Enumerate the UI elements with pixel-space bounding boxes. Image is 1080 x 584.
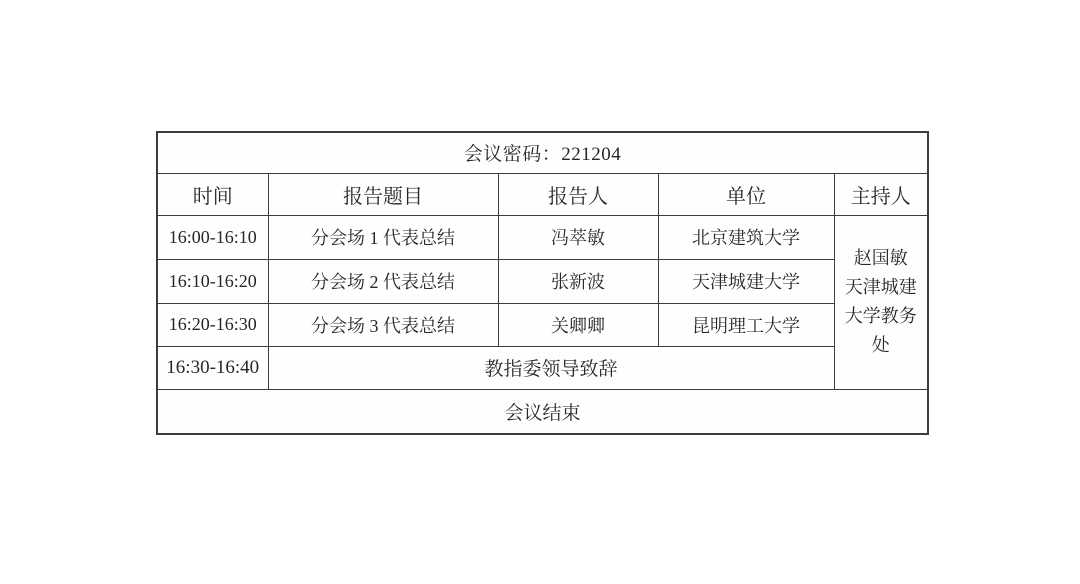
closing-remarks-cell: 教指委领导致辞	[268, 346, 834, 389]
column-header-topic: 报告题目	[268, 173, 498, 215]
moderator-cell: 赵国敏 天津城建大学教务处	[834, 215, 928, 389]
column-header-time: 时间	[157, 173, 268, 215]
organization-cell: 北京建筑大学	[658, 215, 834, 259]
column-header-row: 时间 报告题目 报告人 单位 主持人	[157, 173, 928, 215]
organization-cell: 天津城建大学	[658, 259, 834, 303]
organization-cell: 昆明理工大学	[658, 303, 834, 346]
meeting-schedule-table-wrapper: 会议密码：221204 时间 报告题目 报告人 单位 主持人 16:00-16:…	[156, 131, 929, 435]
time-cell: 16:00-16:10	[157, 215, 268, 259]
meeting-end-cell: 会议结束	[157, 389, 928, 434]
speaker-cell: 关卿卿	[498, 303, 658, 346]
topic-cell: 分会场 2 代表总结	[268, 259, 498, 303]
topic-cell: 分会场 3 代表总结	[268, 303, 498, 346]
meeting-end-row: 会议结束	[157, 389, 928, 434]
time-cell: 16:10-16:20	[157, 259, 268, 303]
table-row: 16:00-16:10 分会场 1 代表总结 冯萃敏 北京建筑大学 赵国敏 天津…	[157, 215, 928, 259]
table-row: 16:20-16:30 分会场 3 代表总结 关卿卿 昆明理工大学	[157, 303, 928, 346]
column-header-organization: 单位	[658, 173, 834, 215]
speaker-cell: 张新波	[498, 259, 658, 303]
meeting-password-cell: 会议密码：221204	[157, 132, 928, 173]
speaker-cell: 冯萃敏	[498, 215, 658, 259]
time-cell: 16:30-16:40	[157, 346, 268, 389]
meeting-schedule-table: 会议密码：221204 时间 报告题目 报告人 单位 主持人 16:00-16:…	[156, 131, 929, 435]
column-header-speaker: 报告人	[498, 173, 658, 215]
table-row: 16:10-16:20 分会场 2 代表总结 张新波 天津城建大学	[157, 259, 928, 303]
page-canvas: 会议密码：221204 时间 报告题目 报告人 单位 主持人 16:00-16:…	[0, 0, 1080, 584]
closing-remarks-row: 16:30-16:40 教指委领导致辞	[157, 346, 928, 389]
topic-cell: 分会场 1 代表总结	[268, 215, 498, 259]
time-cell: 16:20-16:30	[157, 303, 268, 346]
column-header-moderator: 主持人	[834, 173, 928, 215]
meeting-password-row: 会议密码：221204	[157, 132, 928, 173]
